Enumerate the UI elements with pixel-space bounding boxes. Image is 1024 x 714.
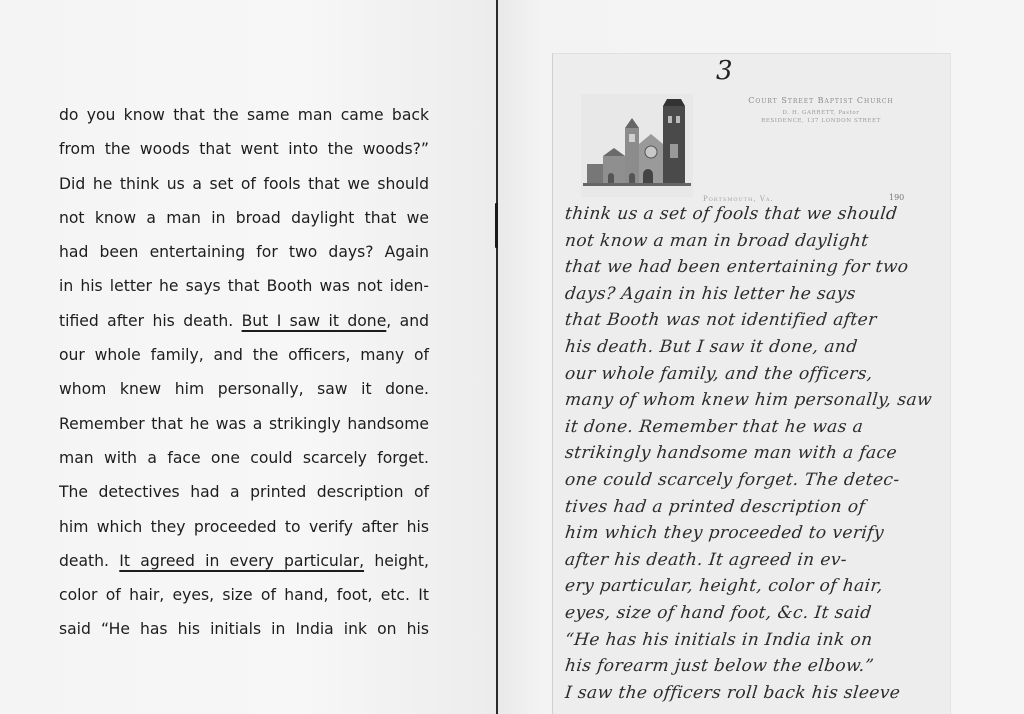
underlined-phrase: But I saw it done bbox=[242, 312, 387, 330]
text-line: color of hair, eyes, size of hand, foot,… bbox=[59, 580, 429, 614]
text-line: tified after his death. But I saw it don… bbox=[59, 306, 429, 340]
handwritten-line: one could scarcely forget. The detec- bbox=[564, 467, 962, 494]
handwritten-text-block: think us a set of fools that we shouldno… bbox=[565, 201, 960, 706]
handwritten-line: our whole family, and the officers, bbox=[564, 361, 962, 388]
text-line: death. It agreed in every particular, he… bbox=[59, 546, 429, 580]
handwritten-line: “He has his initials in India ink on bbox=[564, 627, 962, 654]
text-line: Did he think us a set of fools that we s… bbox=[59, 169, 429, 203]
handwritten-line: days? Again in his letter he says bbox=[564, 281, 962, 308]
text-line: him which they proceeded to verify after… bbox=[59, 512, 429, 546]
handwritten-line: him which they proceeded to verify bbox=[564, 520, 962, 547]
text-line: do you know that the same man came back bbox=[59, 100, 429, 134]
text-line: whom knew him personally, saw it done. bbox=[59, 374, 429, 408]
church-illustration-icon bbox=[581, 94, 693, 197]
left-page: do you know that the same man came backf… bbox=[0, 0, 497, 714]
printed-text-block: do you know that the same man came backf… bbox=[59, 100, 429, 649]
text-line: man with a face one could scarcely forge… bbox=[59, 443, 429, 477]
text-line: in his letter he says that Booth was not… bbox=[59, 271, 429, 305]
letterhead-church-name: Court Street Baptist Church bbox=[721, 96, 921, 105]
text-line: not know a man in broad daylight that we bbox=[59, 203, 429, 237]
handwritten-line: his forearm just below the elbow.” bbox=[564, 653, 962, 680]
handwritten-line: not know a man in broad daylight bbox=[564, 228, 962, 255]
handwritten-line: it done. Remember that he was a bbox=[564, 414, 962, 441]
handwritten-line: that Booth was not identified after bbox=[564, 307, 962, 334]
letterhead-pastor: D. H. GARRETT, Pastor bbox=[721, 110, 921, 116]
text-line: Remember that he was a strikingly handso… bbox=[59, 409, 429, 443]
book-spread: do you know that the same man came backf… bbox=[0, 0, 1024, 714]
text-line: our whole family, and the officers, many… bbox=[59, 340, 429, 374]
handwritten-line: strikingly handsome man with a face bbox=[564, 440, 962, 467]
handwritten-line: after his death. It agreed in ev- bbox=[564, 547, 962, 574]
text-line: The detectives had a printed description… bbox=[59, 477, 429, 511]
text-line: said “He has his initials in India ink o… bbox=[59, 614, 429, 648]
letterhead-residence: RESIDENCE, 137 LONDON STREET bbox=[721, 118, 921, 124]
handwritten-line: eyes, size of hand foot, &c. It said bbox=[564, 600, 962, 627]
handwritten-line: many of whom knew him personally, saw bbox=[564, 387, 962, 414]
handwritten-line: ery particular, height, color of hair, bbox=[564, 573, 962, 600]
text-line: had been entertaining for two days? Agai… bbox=[59, 237, 429, 271]
handwritten-line: think us a set of fools that we should bbox=[564, 201, 962, 228]
handwritten-line: that we had been entertaining for two bbox=[564, 254, 962, 281]
handwritten-line: I saw the officers roll back his sleeve bbox=[564, 680, 962, 707]
handwritten-line: his death. But I saw it done, and bbox=[564, 334, 962, 361]
text-line: from the woods that went into the woods?… bbox=[59, 134, 429, 168]
letter-facsimile: 3 Court Street Baptist Church bbox=[552, 53, 951, 714]
handwritten-line: tives had a printed description of bbox=[564, 494, 962, 521]
handwritten-page-number: 3 bbox=[716, 56, 733, 86]
underlined-phrase: It agreed in every particular, bbox=[119, 552, 364, 570]
